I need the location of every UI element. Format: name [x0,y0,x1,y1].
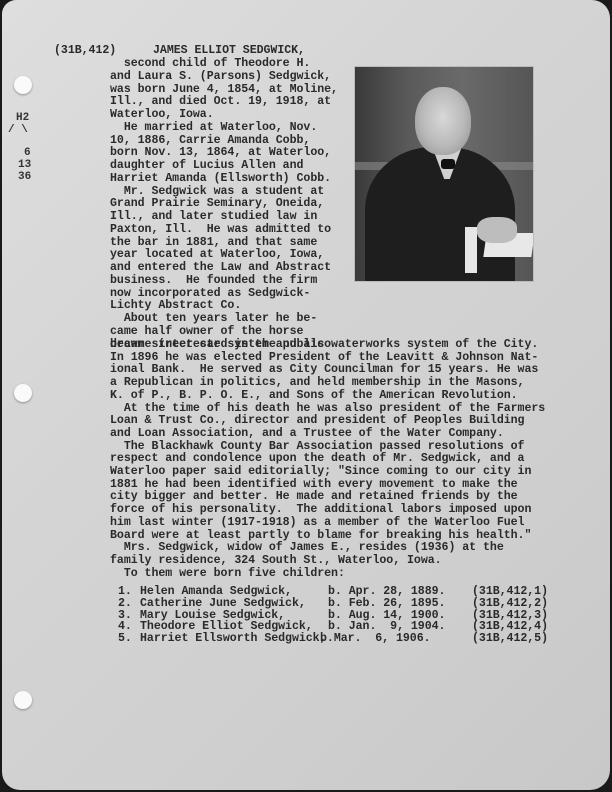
child-name: Harriet Ellsworth Sedgwick, [140,632,327,645]
punch-hole-bottom [14,691,32,709]
generation-note: H2 [16,112,29,124]
text-line: Waterloo paper said editorially; "Since … [110,465,531,478]
text-line: a Republican in politics, and held membe… [110,376,524,389]
text-line: city bigger and better. He made and reta… [110,490,518,503]
text-line: To them were born five children: [110,567,345,580]
text-line: second child of Theodore H. [110,57,310,70]
text-line: Waterloo, Iowa. [110,108,214,121]
text-line: family residence, 324 South St., Waterlo… [110,554,442,567]
document-page: (31B,412) JAMES ELLIOT SEDGWICK, H2 / \ … [2,0,610,790]
text-line: force of his personality. The additional… [110,503,531,516]
text-line: Grand Prairie Seminary, Oneida, [110,197,324,210]
text-line: business. He founded the firm [110,274,317,287]
text-line: Mrs. Sedgwick, widow of James E., reside… [110,541,504,554]
text-line: year located at Waterloo, Iowa, [110,248,324,261]
text-line: Board were at least partly to blame for … [110,529,531,542]
text-line: Paxton, Ill. He was admitted to [110,223,331,236]
child-born: b.Mar. 6, 1906. [320,632,431,645]
text-line: and Laura S. (Parsons) Sedgwick, [110,70,331,83]
text-line: K. of P., B. P. O. E., and Sons of the A… [110,389,518,402]
text-line: Lichty Abstract Co. [110,299,241,312]
text-line: In 1896 he was elected President of the … [110,351,538,364]
text-line: About ten years later he be- [110,312,317,325]
margin-number: 36 [18,171,31,183]
text-line: He married at Waterloo, Nov. [110,121,317,134]
text-line: 1881 he had been identified with every m… [110,478,518,491]
punch-hole-middle [14,384,32,402]
text-line: respect and condolence upon the death of… [110,452,524,465]
child-num: 5. [118,632,132,645]
text-line: was born June 4, 1854, at Moline, [110,83,338,96]
text-line: came half owner of the horse [110,325,303,338]
text-line: the bar in 1881, and that same [110,236,317,249]
margin-number: 13 [18,159,31,171]
child-ref: (31B,412,5) [472,632,548,645]
branch-mark: / \ [8,124,28,136]
text-line: At the time of his death he was also pre… [110,402,545,415]
text-line: him last winter (1917-1918) as a member … [110,516,524,529]
portrait-photo [354,66,534,282]
text-line: became interested in the public waterwor… [110,338,538,351]
text-line: The Blackhawk County Bar Association pas… [110,440,524,453]
text-line: and Loan Association, and a Trustee of t… [110,427,504,440]
margin-number: 6 [24,147,31,159]
text-line: Ill., and died Oct. 19, 1918, at [110,95,331,108]
text-line: daughter of Lucius Allen and [110,159,303,172]
text-line: ional Bank. He served as City Councilman… [110,363,538,376]
text-line: 10, 1886, Carrie Amanda Cobb, [110,134,310,147]
text-line: now incorporated as Sedgwick- [110,287,310,300]
punch-hole-top [14,76,32,94]
text-line: Harriet Amanda (Ellsworth) Cobb. [110,172,331,185]
text-line: and entered the Law and Abstract [110,261,331,274]
person-heading: JAMES ELLIOT SEDGWICK, [153,44,305,57]
reference-code: (31B,412) [54,44,116,57]
text-line: born Nov. 13, 1864, at Waterloo, [110,146,331,159]
text-line: Loan & Trust Co., director and president… [110,414,524,427]
text-line: Ill., and later studied law in [110,210,317,223]
text-line: Mr. Sedgwick was a student at [110,185,324,198]
